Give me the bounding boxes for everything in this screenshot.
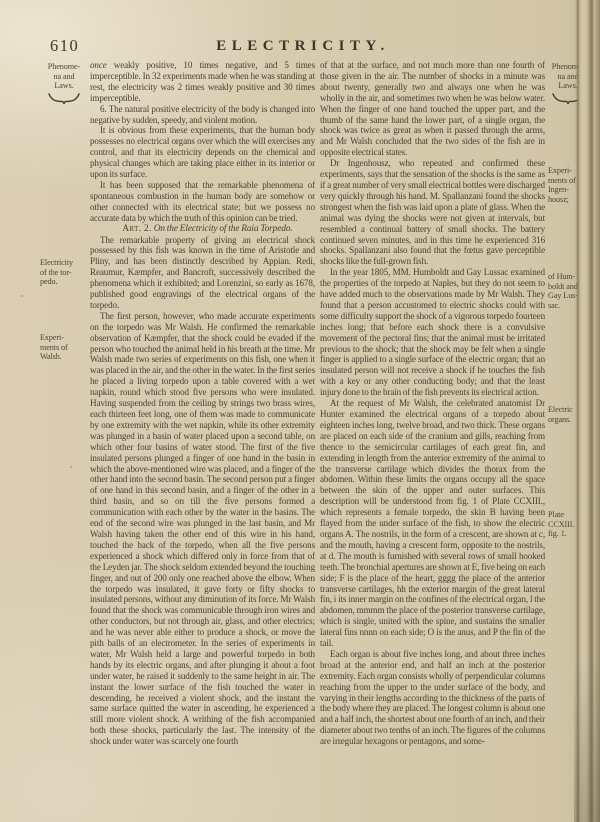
margin-note-phenomena-laws: Phenome- na and Laws. bbox=[36, 62, 92, 105]
scan-speck bbox=[21, 295, 23, 297]
book-page: 610 ELECTRICITY. Phenome- na and Laws. E… bbox=[0, 0, 600, 822]
body-paragraph: 6. The natural positive electricity of t… bbox=[90, 104, 315, 126]
body-paragraph: It has been supposed that the remarkable… bbox=[90, 180, 315, 224]
page-fore-edge bbox=[574, 0, 600, 822]
margin-note-line: Walsh. bbox=[40, 352, 92, 362]
margin-note-line: pedo. bbox=[40, 277, 92, 287]
article-title: On the Electricity of the Raia Torpedo. bbox=[154, 224, 293, 234]
italic-lead-word: once bbox=[90, 60, 107, 70]
margin-note-line: ments of bbox=[40, 343, 92, 353]
body-paragraph: of that at the surface, and not much mor… bbox=[320, 60, 545, 158]
body-paragraph: Each organ is about five inches long, an… bbox=[320, 649, 545, 747]
body-paragraph: once weakly positive, 10 times negative,… bbox=[90, 60, 315, 104]
margin-note-line: na and bbox=[36, 72, 92, 82]
margin-note-line: Phenome- bbox=[36, 62, 92, 72]
body-paragraph: It is obvious from these experiments, th… bbox=[90, 125, 315, 180]
article-heading: Art. 2. On the Electricity of the Raia T… bbox=[90, 224, 315, 235]
scan-speck bbox=[340, 742, 342, 744]
running-title: ELECTRICITY. bbox=[58, 38, 548, 55]
body-paragraph: The remarkable property of giving an ele… bbox=[90, 235, 315, 311]
brace-icon bbox=[46, 92, 82, 105]
margin-note-line: Electricity bbox=[40, 258, 92, 268]
body-paragraph: At the request of Mr Walsh, the celebrat… bbox=[320, 398, 545, 649]
margin-note-electricity-torpedo: Electricity of the tor- pedo. bbox=[40, 258, 92, 287]
body-paragraph: In the year 1805, MM. Humboldt and Gay L… bbox=[320, 267, 545, 398]
paragraph-text: weakly positive, 10 times negative, and … bbox=[90, 60, 315, 103]
body-paragraph: Dr Ingenhousz, who repeated and confirme… bbox=[320, 158, 545, 267]
margin-note-line: of the tor- bbox=[40, 268, 92, 278]
right-text-column: of that at the surface, and not much mor… bbox=[320, 60, 545, 817]
margin-note-line: Experi- bbox=[40, 333, 92, 343]
scan-speck bbox=[70, 466, 72, 468]
left-text-column: once weakly positive, 10 times negative,… bbox=[90, 60, 315, 817]
margin-note-line: Laws. bbox=[36, 81, 92, 91]
article-number: Art. 2. bbox=[122, 224, 151, 234]
body-paragraph: The first person, however, who made accu… bbox=[90, 311, 315, 747]
margin-note-experiments-walsh: Experi- ments of Walsh. bbox=[40, 333, 92, 362]
